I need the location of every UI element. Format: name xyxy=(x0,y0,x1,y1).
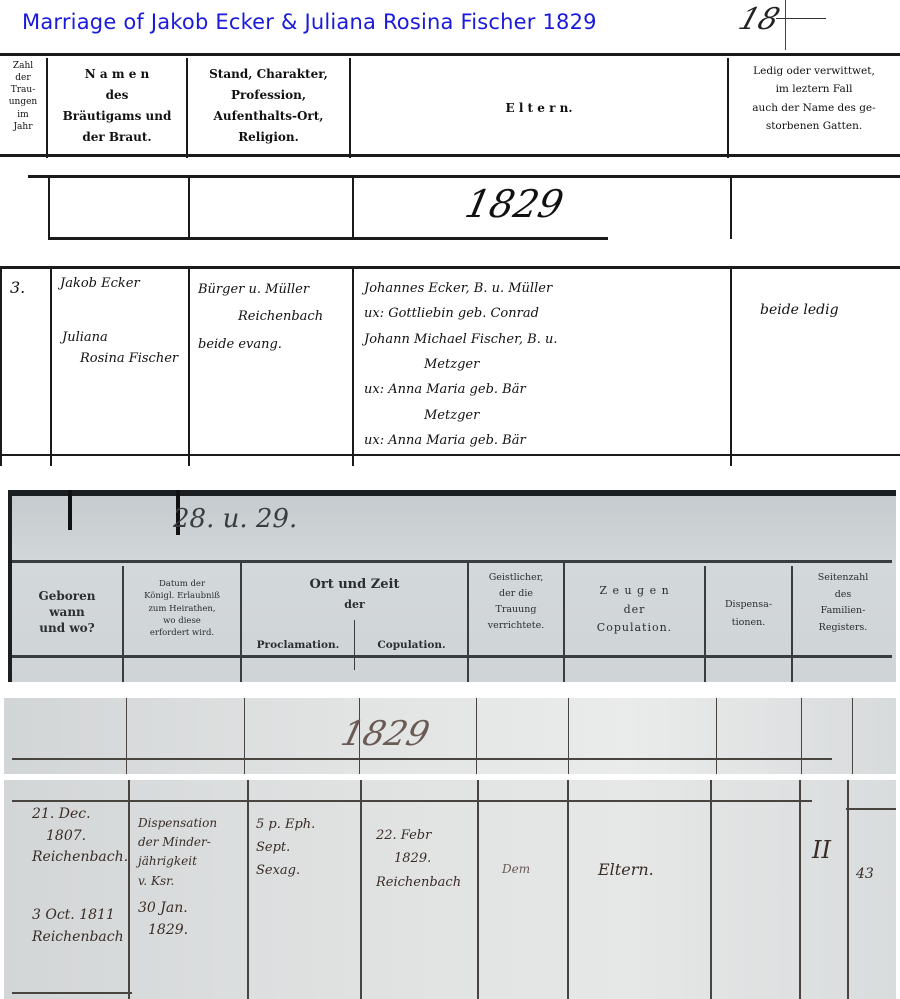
header-names: N a m e ndesBräutigams undder Braut. xyxy=(48,64,186,148)
rule xyxy=(0,53,900,56)
header-number: ZahlderTrau-ungenimJahr xyxy=(0,60,46,133)
marital-status: beide ledig xyxy=(760,302,839,318)
groom-status: Bürger u. MüllerReichenbachbeide evang. xyxy=(198,276,323,358)
col-rule xyxy=(476,698,477,774)
rule xyxy=(0,154,900,157)
header-place-time: Ort und Zeitder xyxy=(242,574,467,615)
rule xyxy=(0,454,900,456)
header-witnesses: Z e u g e nderCopulation. xyxy=(565,582,704,638)
col-rule xyxy=(126,698,127,774)
col-rule xyxy=(48,175,50,239)
year-label: 1829 xyxy=(461,182,567,226)
page-number-rule xyxy=(776,18,826,19)
rule xyxy=(846,808,896,810)
header-permission: Datum derKönigl. Erlaubnißzum Heirathen,… xyxy=(124,578,240,640)
page-number: 18 xyxy=(734,2,784,37)
col-rule xyxy=(716,698,717,774)
register-scan-top: ZahlderTrau-ungenimJahr N a m e ndesBräu… xyxy=(0,50,900,465)
register-scan-header: 28. u. 29. Geborenwannund wo? Datum derK… xyxy=(8,490,896,682)
col-rule xyxy=(710,780,712,999)
header-proclamation: Proclamation. xyxy=(242,638,354,652)
header-copulation: Copulation. xyxy=(356,638,467,652)
header-clergy: Geistlicher,der dieTrauungverrichtete. xyxy=(469,570,563,635)
col-rule xyxy=(247,780,249,999)
col-rule xyxy=(68,490,72,530)
col-rule xyxy=(568,698,569,774)
register-scan-year: 1829 xyxy=(4,698,896,774)
col-rule xyxy=(730,175,732,239)
col-rule xyxy=(567,780,569,999)
rule xyxy=(8,490,896,496)
rule xyxy=(12,655,892,658)
col-rule xyxy=(352,175,354,239)
rule xyxy=(12,560,892,563)
bride-name: JulianaRosina Fischer xyxy=(62,328,178,370)
col-rule xyxy=(799,780,801,999)
header-status: Stand, Charakter,Profession,Aufenthalts-… xyxy=(188,64,349,148)
header-parents: E l t e r n. xyxy=(350,100,728,116)
rule xyxy=(48,237,608,240)
col-rule xyxy=(244,698,245,774)
clergy-name: Dem xyxy=(502,862,530,876)
page-title: Marriage of Jakob Ecker & Juliana Rosina… xyxy=(22,10,597,34)
col-rule xyxy=(360,780,362,999)
col-rule xyxy=(188,266,190,466)
header-page-ref: SeitenzahldesFamilien-Registers. xyxy=(793,570,893,637)
col-rule xyxy=(128,780,130,999)
col-rule xyxy=(352,266,354,466)
proclamation-dates: 5 p. Eph.Sept.Sexag. xyxy=(256,814,315,882)
rule xyxy=(12,758,832,760)
permission-date: Dispensationder Minder-jährigkeitv. Ksr.… xyxy=(138,814,217,942)
page-ref-mark: II xyxy=(812,836,831,864)
entry-number: 3. xyxy=(10,278,25,297)
col-rule xyxy=(8,490,12,682)
header-born: Geborenwannund wo? xyxy=(12,588,122,637)
header-dispensations: Dispensa-tionen. xyxy=(706,596,791,632)
rule xyxy=(28,175,900,178)
col-rule xyxy=(477,780,479,999)
col-rule xyxy=(801,698,802,774)
year-label: 1829 xyxy=(337,714,434,754)
copulation-date: 22. Febr1829.Reichenbach xyxy=(376,824,461,894)
groom-name: Jakob Ecker xyxy=(60,276,140,291)
col-rule xyxy=(730,266,732,466)
pages-label: 28. u. 29. xyxy=(173,504,297,534)
col-rule xyxy=(852,698,853,774)
col-rule xyxy=(354,620,355,670)
col-rule xyxy=(188,175,190,239)
rule xyxy=(12,800,812,802)
col-rule xyxy=(847,780,849,999)
col-rule xyxy=(0,266,2,466)
parents-list: Johannes Ecker, B. u. Müllerux: Gottlieb… xyxy=(364,276,557,453)
header-marital: Ledig oder verwittwet,im leztern Fallauc… xyxy=(728,62,900,136)
register-scan-entries: 21. Dec.1807.Reichenbach. 3 Oct. 1811Rei… xyxy=(4,780,896,999)
col-rule xyxy=(50,266,52,466)
born-dates: 21. Dec.1807.Reichenbach. 3 Oct. 1811Rei… xyxy=(32,804,128,948)
witnesses: Eltern. xyxy=(598,860,654,879)
page-ref-number: 43 xyxy=(856,866,874,882)
rule xyxy=(0,266,900,269)
rule xyxy=(12,992,132,994)
